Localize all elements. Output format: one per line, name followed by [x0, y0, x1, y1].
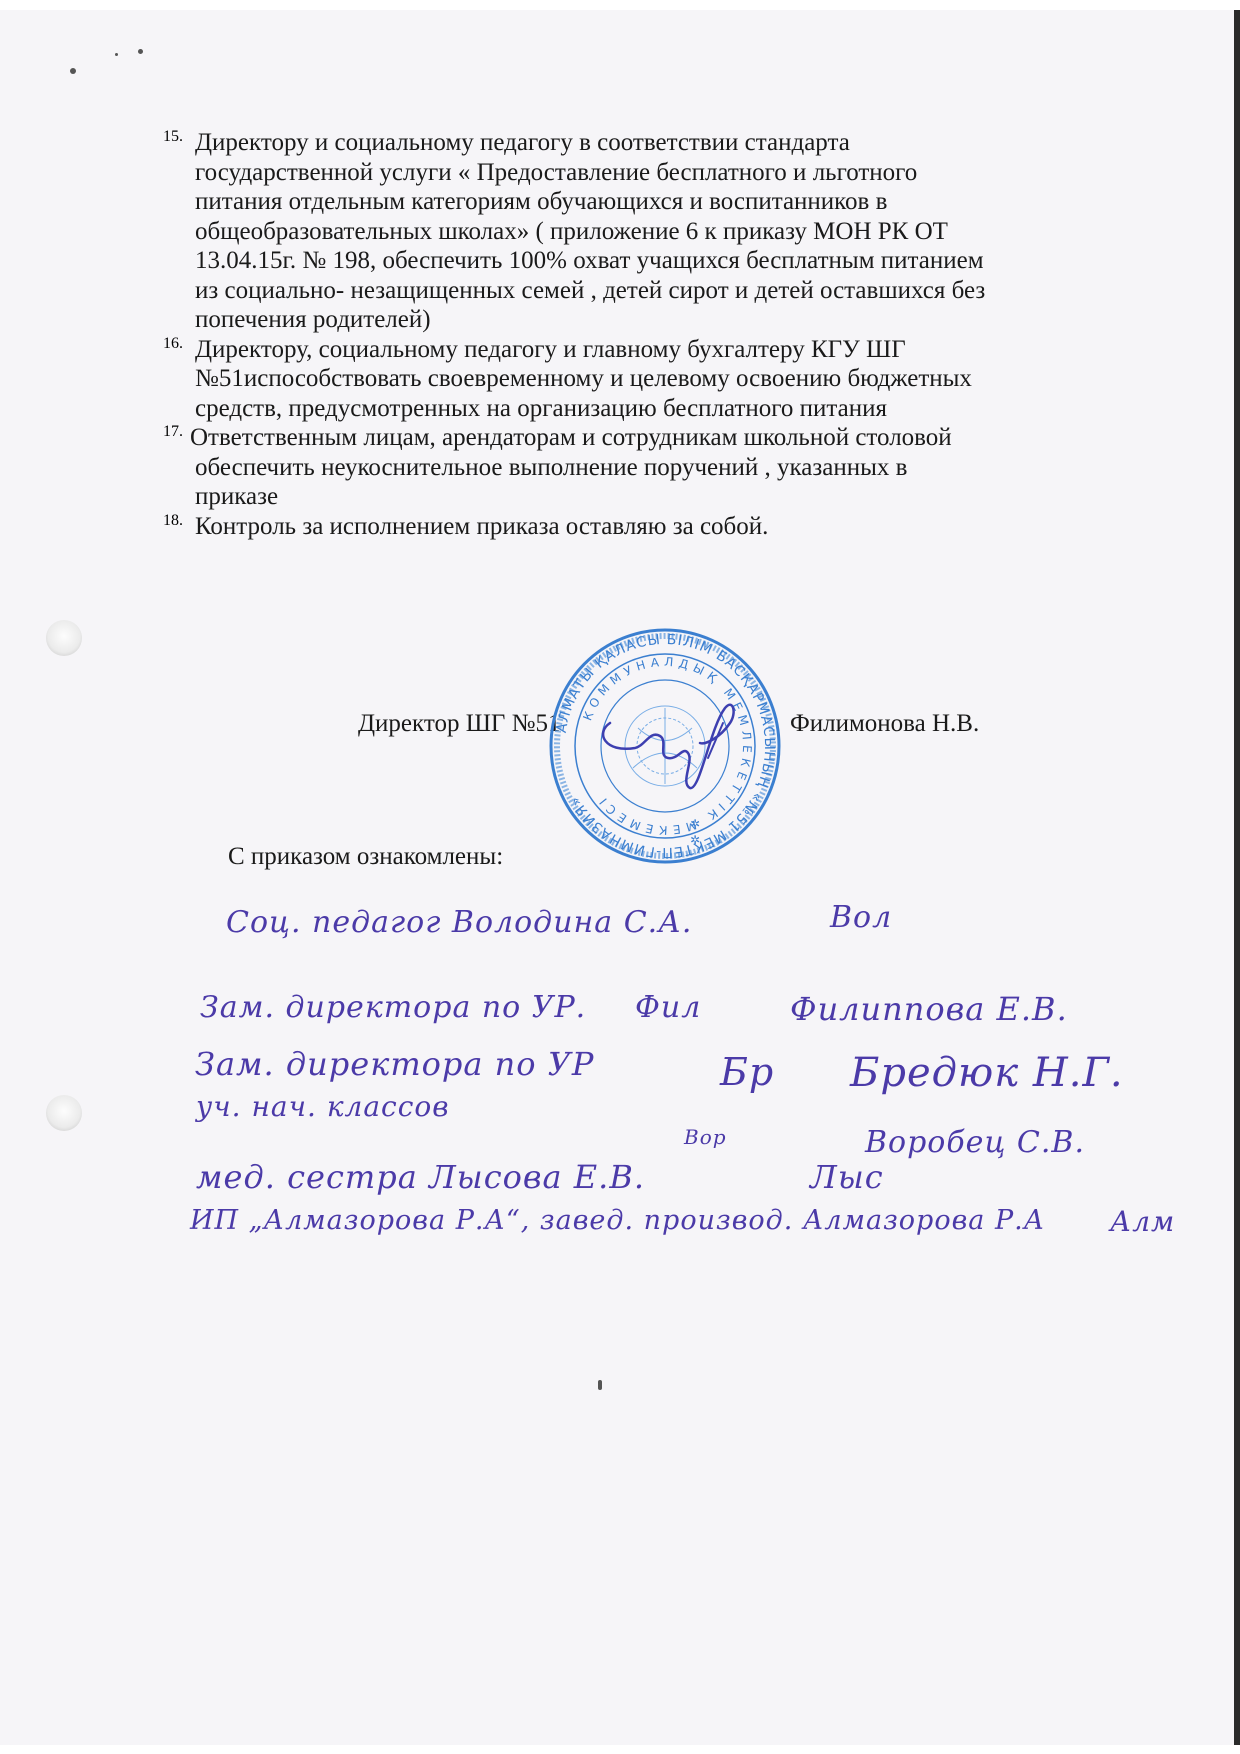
item-number: 16. [163, 335, 183, 353]
item-line: 13.04.15г. № 198, обеспечить 100% охват … [195, 246, 1163, 276]
official-round-stamp: АЛМАТЫ ҚАЛАСЫ БІЛІМ БАСҚАРМАСЫНЫҢ «№51 М… [548, 628, 782, 864]
handwritten-signature: Бр [720, 1050, 774, 1094]
order-item-17: 17. Ответственным лицам, арендаторам и с… [163, 423, 1163, 512]
punch-hole-bottom [46, 1095, 82, 1131]
scan-top-margin [0, 0, 1240, 10]
handwritten-signature: Фил [635, 990, 701, 1025]
svg-text:✲: ✲ [690, 833, 700, 847]
item-line: Директору и социальному педагогу в соотв… [195, 128, 1163, 158]
handwritten-signature: Вор [684, 1125, 727, 1149]
punch-hole-top [46, 620, 82, 656]
item-number: 15. [163, 128, 183, 146]
dust-speck [70, 68, 76, 74]
handwritten-deputy-director-2: Зам. директора по УР [195, 1045, 594, 1083]
item-line: из социально- незащищенных семей , детей… [195, 276, 1163, 306]
handwritten-name: Бредюк Н.Г. [850, 1050, 1124, 1096]
item-line: средств, предусмотренных на организацию … [195, 394, 1163, 424]
item-line: приказе [195, 482, 1163, 512]
svg-text:КОММУНАЛДЫҚ МЕМЛЕКЕТТІК МЕКЕМЕ: КОММУНАЛДЫҚ МЕМЛЕКЕТТІК МЕКЕМЕСІ [580, 655, 754, 838]
item-line: обеспечить неукоснительное выполнение по… [195, 453, 1163, 483]
director-position: Директор ШГ №51 [358, 709, 560, 739]
scanner-edge-border [1234, 10, 1240, 1745]
order-item-18: 18. Контроль за исполнением приказа оста… [163, 512, 1163, 542]
handwritten-caterer: ИП „Алмазорова Р.А“, завед. производ. Ал… [190, 1205, 1045, 1236]
handwritten-signature: Алм [1110, 1205, 1175, 1238]
handwritten-signature: Вол [830, 900, 892, 935]
scan-bottom-margin [0, 1745, 1240, 1754]
dust-speck [598, 1380, 602, 1390]
handwritten-nurse: мед. сестра Лысова Е.В. [196, 1158, 645, 1196]
dust-speck [115, 53, 118, 56]
stamp-seal-icon: АЛМАТЫ ҚАЛАСЫ БІЛІМ БАСҚАРМАСЫНЫҢ «№51 М… [548, 628, 782, 864]
order-item-16: 16. Директору, социальному педагогу и гл… [163, 335, 1163, 424]
handwritten-name: Филиппова Е.В. [790, 990, 1068, 1028]
svg-text:✲: ✲ [690, 817, 700, 831]
handwritten-primary-classes: уч. нач. классов [196, 1090, 450, 1123]
item-line: общеобразовательных школах» ( приложение… [195, 217, 1163, 247]
acknowledgement-label: С приказом ознакомлены: [228, 842, 503, 872]
item-line: государственной услуги « Предоставление … [195, 158, 1163, 188]
dust-speck [138, 49, 143, 54]
order-item-15: 15. Директору и социальному педагогу в с… [163, 128, 1163, 335]
item-line: Ответственным лицам, арендаторам и сотру… [190, 423, 1163, 453]
item-line: №51испособствовать своевременному и целе… [195, 364, 1163, 394]
handwritten-signature: Лыс [810, 1158, 884, 1196]
item-line: питания отдельным категориям обучающихся… [195, 187, 1163, 217]
item-line: Директору, социальному педагогу и главно… [195, 335, 1163, 365]
handwritten-name: Воробец С.В. [865, 1125, 1085, 1160]
handwritten-deputy-director-1: Зам. директора по УР. [200, 990, 586, 1025]
director-name: Филимонова Н.В. [790, 709, 979, 739]
item-number: 18. [163, 512, 183, 530]
order-items-list: 15. Директору и социальному педагогу в с… [163, 128, 1163, 541]
item-number: 17. [163, 423, 183, 441]
handwritten-social-pedagogue: Соц. педагог Володина С.А. [226, 905, 692, 940]
item-line: Контроль за исполнением приказа оставляю… [195, 512, 1163, 542]
item-line: попечения родителей) [195, 305, 1163, 335]
